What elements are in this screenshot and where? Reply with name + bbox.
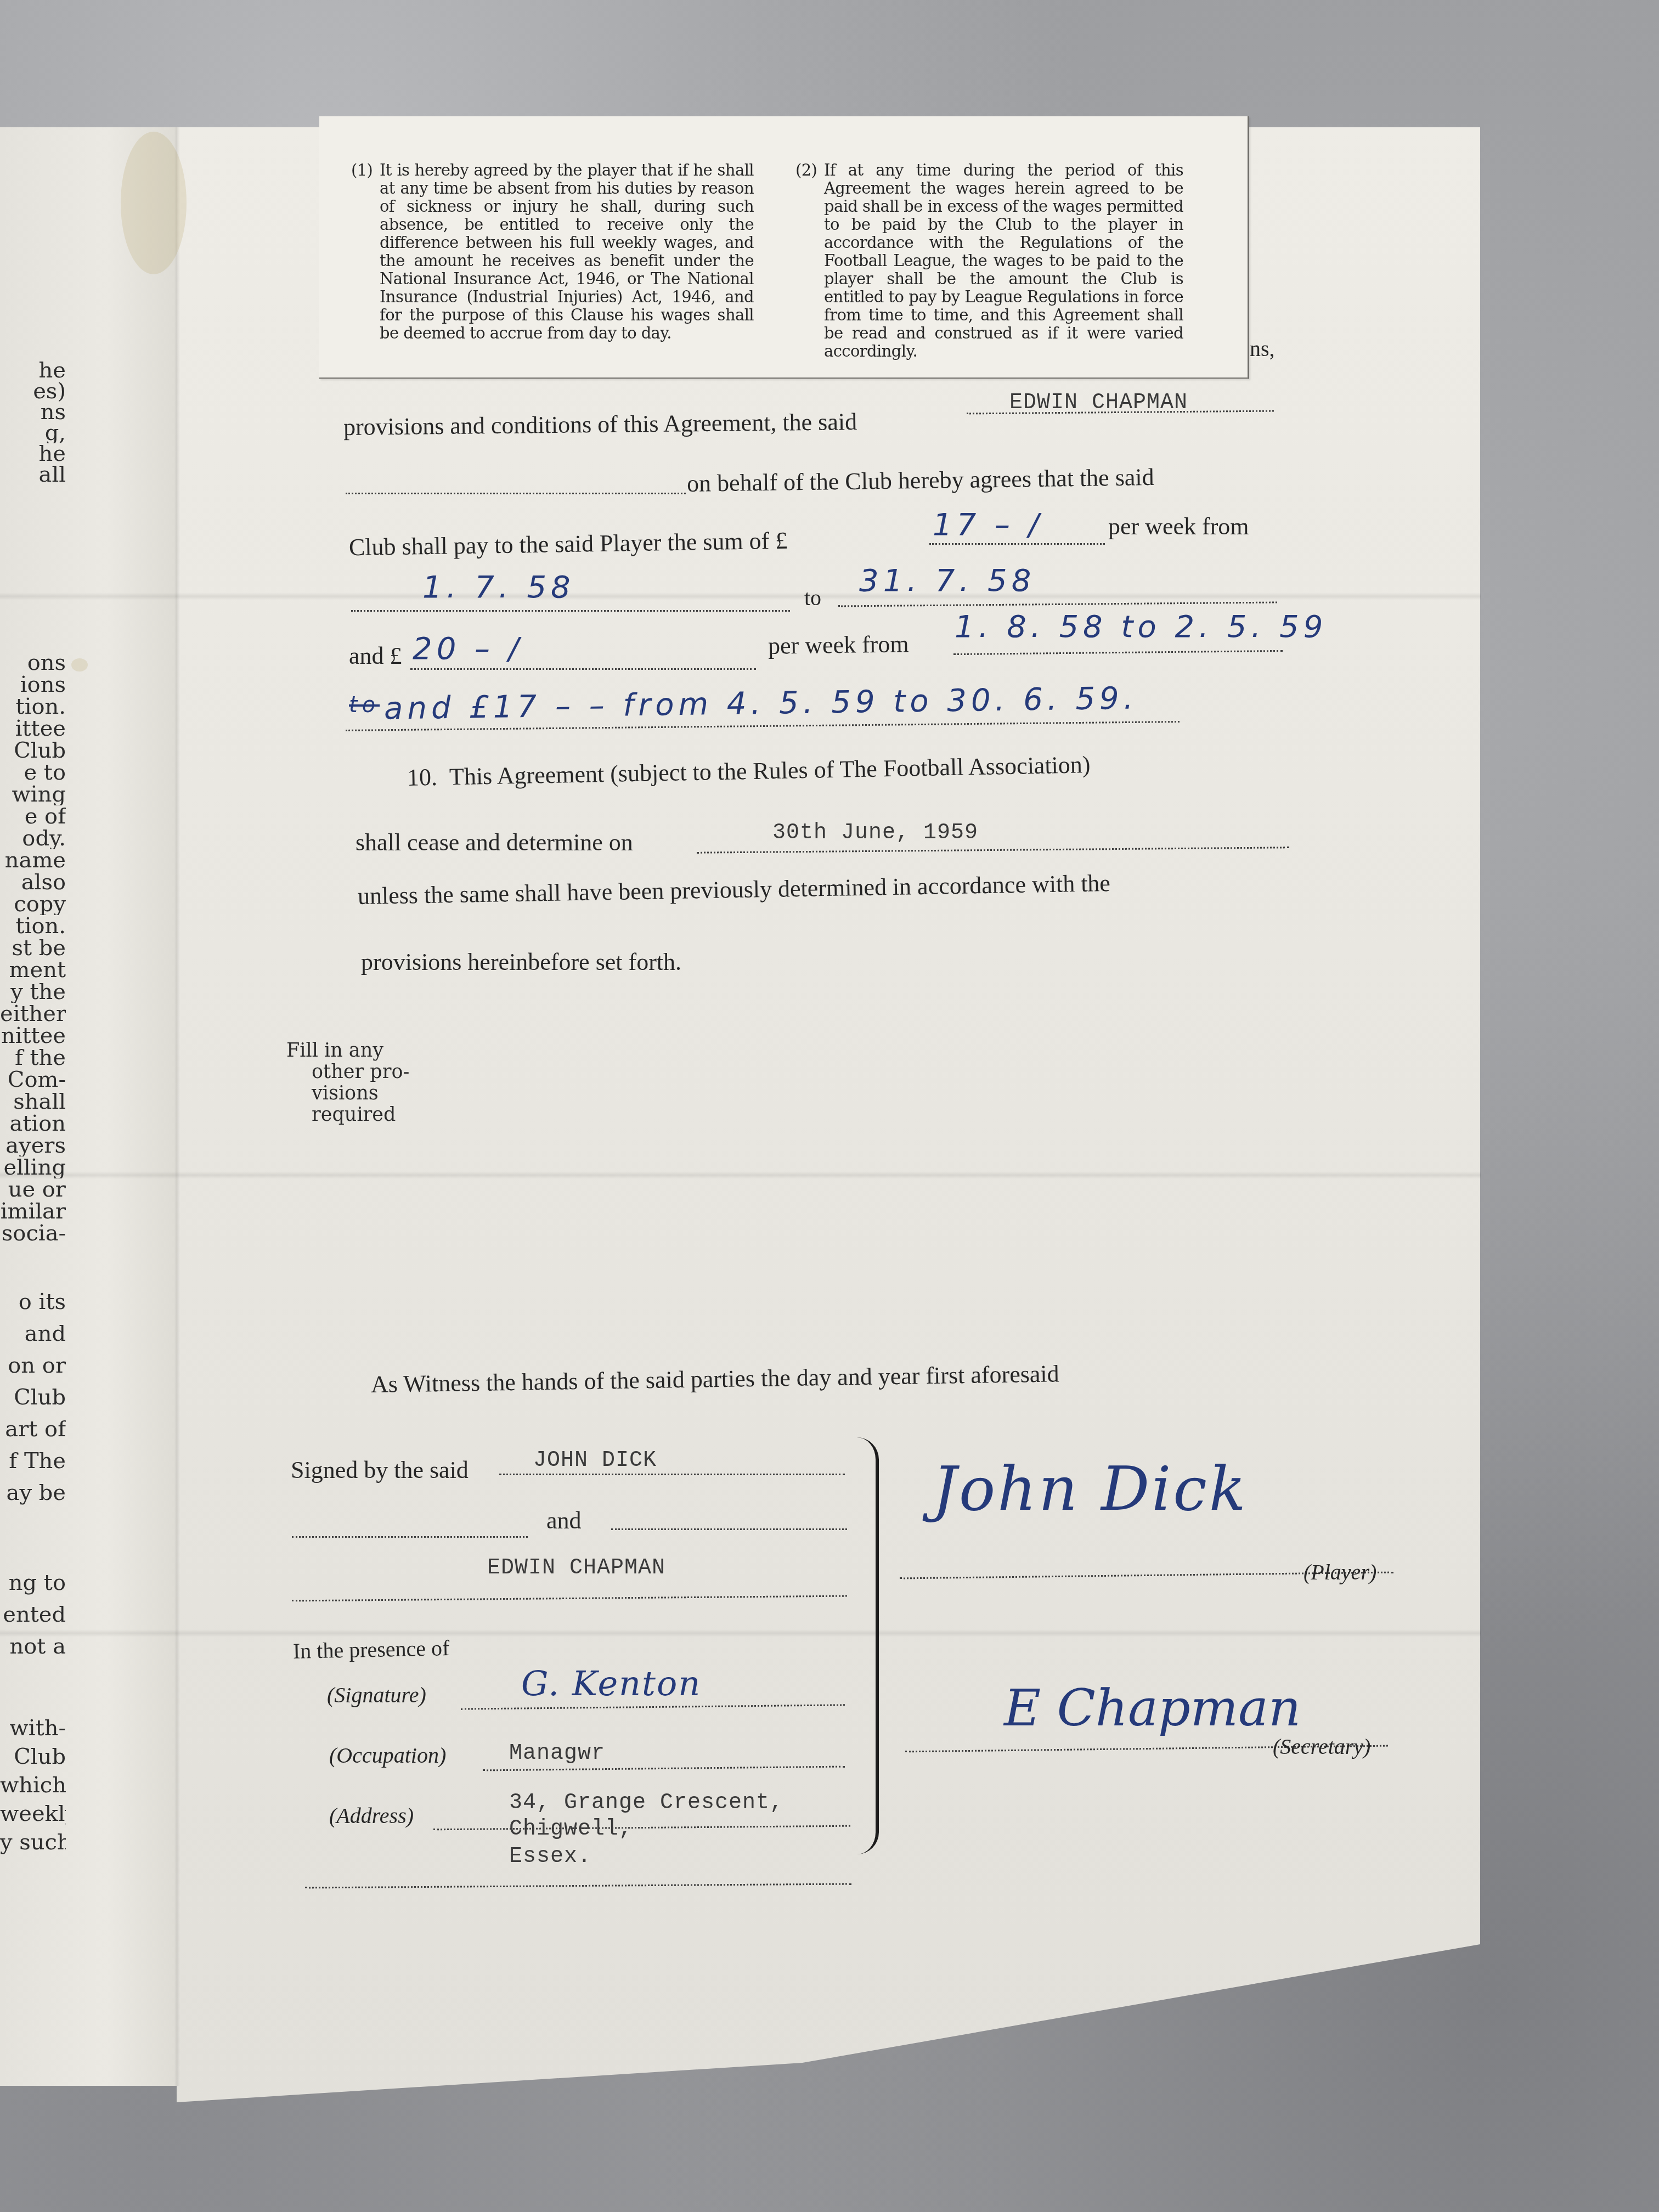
left-page-fragment-line: st be (0, 937, 66, 959)
left-page-fragment-line: name (0, 849, 66, 871)
secretary-signature: E Chapman (1004, 1679, 1301, 1737)
weekly-sum-1-handwritten: 17 – / (933, 507, 1043, 543)
left-page-fragment-line: wing (0, 783, 66, 805)
witness-signature: G. Kenton (521, 1663, 701, 1703)
left-page-fragment-line: copy (0, 893, 66, 915)
horizontal-fold (0, 1171, 1481, 1179)
left-page-fragment-line: elling (0, 1156, 66, 1178)
left-page-fragment-line: weekly (0, 1799, 66, 1828)
clause-1-text: It is hereby agreed by the player that i… (380, 161, 754, 342)
clause-10-line-2: shall cease and determine on (356, 828, 633, 856)
period-1-from-handwritten: 1. 7. 58 (422, 569, 575, 605)
left-page-text-block-4: ng toentednot a (0, 1567, 66, 1662)
left-page-fragment-line: e of (0, 805, 66, 827)
player-signature: John Dick (933, 1454, 1248, 1524)
period-1-from-field-line (351, 610, 790, 612)
left-page-fragment-line: ons (0, 652, 66, 674)
left-page-fragment-line: tion. (0, 696, 66, 718)
signature-label: (Signature) (327, 1682, 426, 1708)
left-page-fragment-line: Club (0, 1381, 66, 1413)
clause-10-number: 10. (407, 764, 438, 791)
period-2-handwritten: 1. 8. 58 to 2. 5. 59 (955, 609, 1327, 645)
clause-10-line-4: provisions hereinbefore set forth. (361, 948, 681, 976)
left-page-fragment-line: ayers (0, 1135, 66, 1156)
clause-9-line-1: provisions and conditions of this Agreem… (343, 408, 857, 441)
age-stain (121, 132, 187, 274)
to-label: to (804, 585, 821, 611)
and-pound-label: and £ (349, 642, 402, 670)
in-presence-label: In the presence of (293, 1635, 450, 1664)
player-role-label: (Player) (1304, 1559, 1376, 1585)
left-page-fragment-line: he (0, 443, 66, 464)
left-page-fragment-line: all (0, 464, 66, 485)
left-page-fragment-line: f The (0, 1445, 66, 1477)
clause-2-number: (2) (795, 161, 817, 179)
vertical-fold (174, 127, 180, 2086)
left-page-fragment-line: ue or (0, 1178, 66, 1200)
left-page-fragment-line: with- (0, 1714, 66, 1742)
left-page-fragment-line: ittee (0, 718, 66, 740)
left-page-fragment-line: Club (0, 740, 66, 761)
left-page-fragment-line: e to (0, 761, 66, 783)
secretary-role-label: (Secretary) (1273, 1734, 1370, 1759)
left-page-fragment-line: either (0, 1003, 66, 1025)
address-line-2: Chigwell, (509, 1817, 633, 1842)
left-page-fragment-line: nittee (0, 1025, 66, 1047)
player-name-field-line (499, 1474, 845, 1475)
address-line-3: Essex. (509, 1844, 591, 1869)
and-right-field-line (611, 1528, 847, 1530)
left-page-fragment-line: ody. (0, 827, 66, 849)
sickness-wages-clause-box: (1) It is hereby agreed by the player th… (319, 116, 1249, 379)
margin-note-line: visions (286, 1083, 409, 1104)
left-page-fragment-line: ns (0, 402, 66, 422)
left-page-fragment-line: which (0, 1771, 66, 1799)
weekly-sum-field-line (929, 543, 1105, 545)
occupation-typed: Managwr (509, 1741, 605, 1766)
margin-note-line: other pro- (286, 1062, 409, 1083)
left-page-fragment-line: also (0, 871, 66, 893)
left-page-fragment-line: y such (0, 1828, 66, 1857)
club-representative-field-line (346, 493, 686, 494)
and-label: and (546, 1506, 582, 1534)
horizontal-fold (0, 592, 1481, 600)
and-left-field-line (292, 1536, 528, 1538)
left-page-fragment-line: es) (0, 381, 66, 402)
age-stain (71, 658, 88, 672)
weekly-sum-2-field-line (410, 668, 756, 670)
weekly-sum-2-handwritten: 20 – / (413, 631, 523, 667)
truncated-text-fragment: ns, (1250, 336, 1275, 362)
left-page-fragment-line: ented (0, 1599, 66, 1630)
left-page-text-block-2: onsionstion.itteeClube towinge ofody.nam… (0, 652, 66, 1244)
left-page-fragment-line: ions (0, 674, 66, 696)
player-name-typed: JOHN DICK (533, 1448, 657, 1473)
left-page-fragment-line: Com- (0, 1069, 66, 1091)
left-page-fragment-line: ation (0, 1113, 66, 1135)
left-page-fragment-line: not a (0, 1630, 66, 1662)
signature-bracket (854, 1437, 879, 1854)
left-page-fragment-line: g, (0, 422, 66, 443)
clause-2: (2) If at any time during the period of … (824, 161, 1183, 360)
struck-out-word: to (349, 692, 380, 718)
left-page-fragment-line: ment (0, 959, 66, 981)
end-date-typed: 30th June, 1959 (772, 821, 978, 845)
left-page-fragment-line: f the (0, 1047, 66, 1069)
address-label: (Address) (329, 1803, 414, 1829)
clause-2-text: If at any time during the period of this… (824, 161, 1183, 360)
left-page-fragment-line: he (0, 360, 66, 381)
left-page-fragment-line: shall (0, 1091, 66, 1113)
left-page-fragment-line: y the (0, 981, 66, 1003)
left-page-fragment-line: art of (0, 1413, 66, 1445)
period-1-to-handwritten: 31. 7. 58 (859, 563, 1035, 599)
secretary-name-typed-witness: EDWIN CHAPMAN (487, 1556, 665, 1581)
left-page-text-block-1: hees)nsg,heall (0, 360, 66, 485)
left-page-fragment-line: on or (0, 1350, 66, 1381)
left-page-fragment-line: imilar (0, 1200, 66, 1222)
fill-in-provisions-margin-note: Fill in anyother pro-visionsrequired (286, 1040, 409, 1126)
left-page-fragment-line: tion. (0, 915, 66, 937)
left-page-text-block-5: with-Clubwhichweeklyy such (0, 1714, 66, 1857)
clause-1-number: (1) (351, 161, 373, 179)
occupation-label: (Occupation) (329, 1742, 446, 1768)
left-page-fragment-line: o its (0, 1286, 66, 1318)
margin-note-line: required (286, 1104, 409, 1126)
clause-1: (1) It is hereby agreed by the player th… (380, 161, 754, 342)
left-page-fragment-line: ng to (0, 1567, 66, 1599)
horizontal-fold (0, 1629, 1481, 1637)
left-page-fragment-line: ay be (0, 1477, 66, 1509)
margin-note-line: Fill in any (286, 1040, 409, 1062)
secretary-name-typed: EDWIN CHAPMAN (1009, 391, 1188, 415)
address-line-1: 34, Grange Crescent, (509, 1791, 783, 1815)
left-page-fragment-line: socia- (0, 1222, 66, 1244)
per-week-from-label: per week from (1108, 512, 1249, 540)
signed-by-label: Signed by the said (291, 1456, 469, 1484)
per-week-from-label-2: per week from (768, 630, 909, 660)
left-page-fragment-line: and (0, 1318, 66, 1350)
left-page-fragment-line: Club (0, 1742, 66, 1771)
left-page-text-block-3: o itsandon orClubart off Theay be (0, 1286, 66, 1509)
